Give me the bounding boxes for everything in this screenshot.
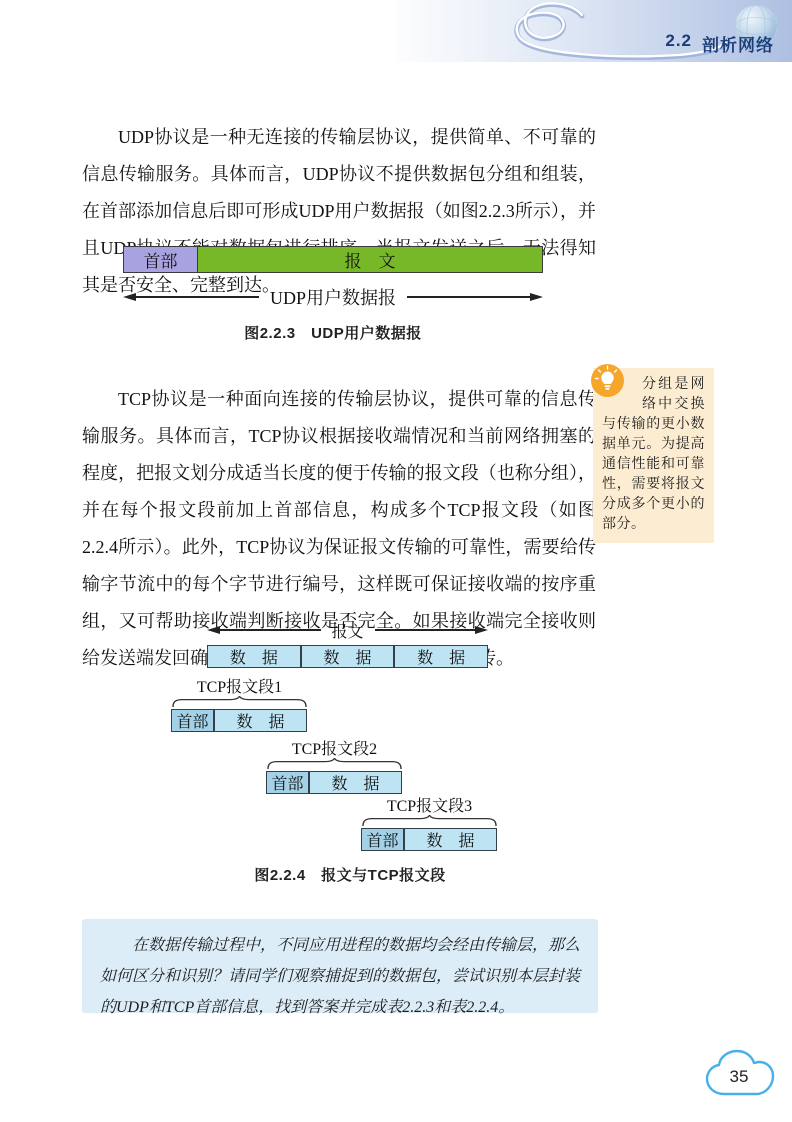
udp-span-arrow-label: UDP用户数据报 [270,284,396,310]
message-data-bar: 数 据 数 据 数 据 [207,645,488,668]
figure-2-2-4-caption: 图2.2.4 报文与TCP报文段 [123,864,577,885]
tcp-segment-2-bar: 首部 数 据 [266,771,402,794]
section-title: 剖析网络 [702,31,774,56]
udp-header-cell: 首部 [124,247,198,272]
tcp-data-cell: 数 据 [215,710,306,731]
arrow-right-icon [530,293,543,301]
message-span-arrow: 报文 [207,622,488,638]
tcp-segment-3-label: TCP报文段3 [362,793,497,816]
tcp-data-cell: 数 据 [405,829,496,850]
brace-icon [172,696,307,707]
section-heading: 2.2 剖析网络 [665,31,774,56]
brace-icon [267,758,402,769]
section-number: 2.2 [665,31,692,56]
udp-span-arrow: UDP用户数据报 [123,289,543,305]
tcp-segment-3-bar: 首部 数 据 [361,828,497,851]
data-cell: 数 据 [208,646,300,667]
data-cell: 数 据 [393,646,487,667]
activity-box: 在数据传输过程中，不同应用进程的数据均会经由传输层，那么如何区分和识别？请同学们… [82,919,598,1013]
tcp-header-cell: 首部 [362,829,405,850]
margin-note: 分组是网络中交换与传输的更小数据单元。为提高通信性能和可靠性，需要将报文分成多个… [593,368,714,543]
udp-datagram-bar: 首部 报 文 [123,246,543,273]
lightbulb-icon [590,363,625,398]
tcp-data-cell: 数 据 [310,772,401,793]
tcp-segment-2-label: TCP报文段2 [267,736,402,759]
page-number: 35 [700,1046,778,1104]
arrow-left-icon [207,626,220,634]
margin-note-text: 分组是网络中交换与传输的更小数据单元。为提高通信性能和可靠性，需要将报文分成多个… [602,375,705,535]
data-cell: 数 据 [300,646,394,667]
tcp-header-cell: 首部 [267,772,310,793]
udp-message-cell: 报 文 [198,247,542,272]
activity-text: 在数据传输过程中，不同应用进程的数据均会经由传输层，那么如何区分和识别？请同学们… [100,930,580,1023]
figure-2-2-3-caption: 图2.2.3 UDP用户数据报 [123,322,543,343]
page-number-cloud: 35 [700,1046,778,1104]
brace-icon [362,815,497,826]
paragraph-udp: UDP协议是一种无连接的传输层协议，提供简单、不可靠的信息传输服务。具体而言，U… [82,119,596,304]
message-span-arrow-label: 报文 [332,619,364,642]
arrow-right-icon [475,626,488,634]
tcp-segment-1-bar: 首部 数 据 [171,709,307,732]
tcp-segment-1-label: TCP报文段1 [172,674,307,697]
tcp-header-cell: 首部 [172,710,215,731]
page-header: 2.2 剖析网络 [396,0,792,62]
arrow-left-icon [123,293,136,301]
